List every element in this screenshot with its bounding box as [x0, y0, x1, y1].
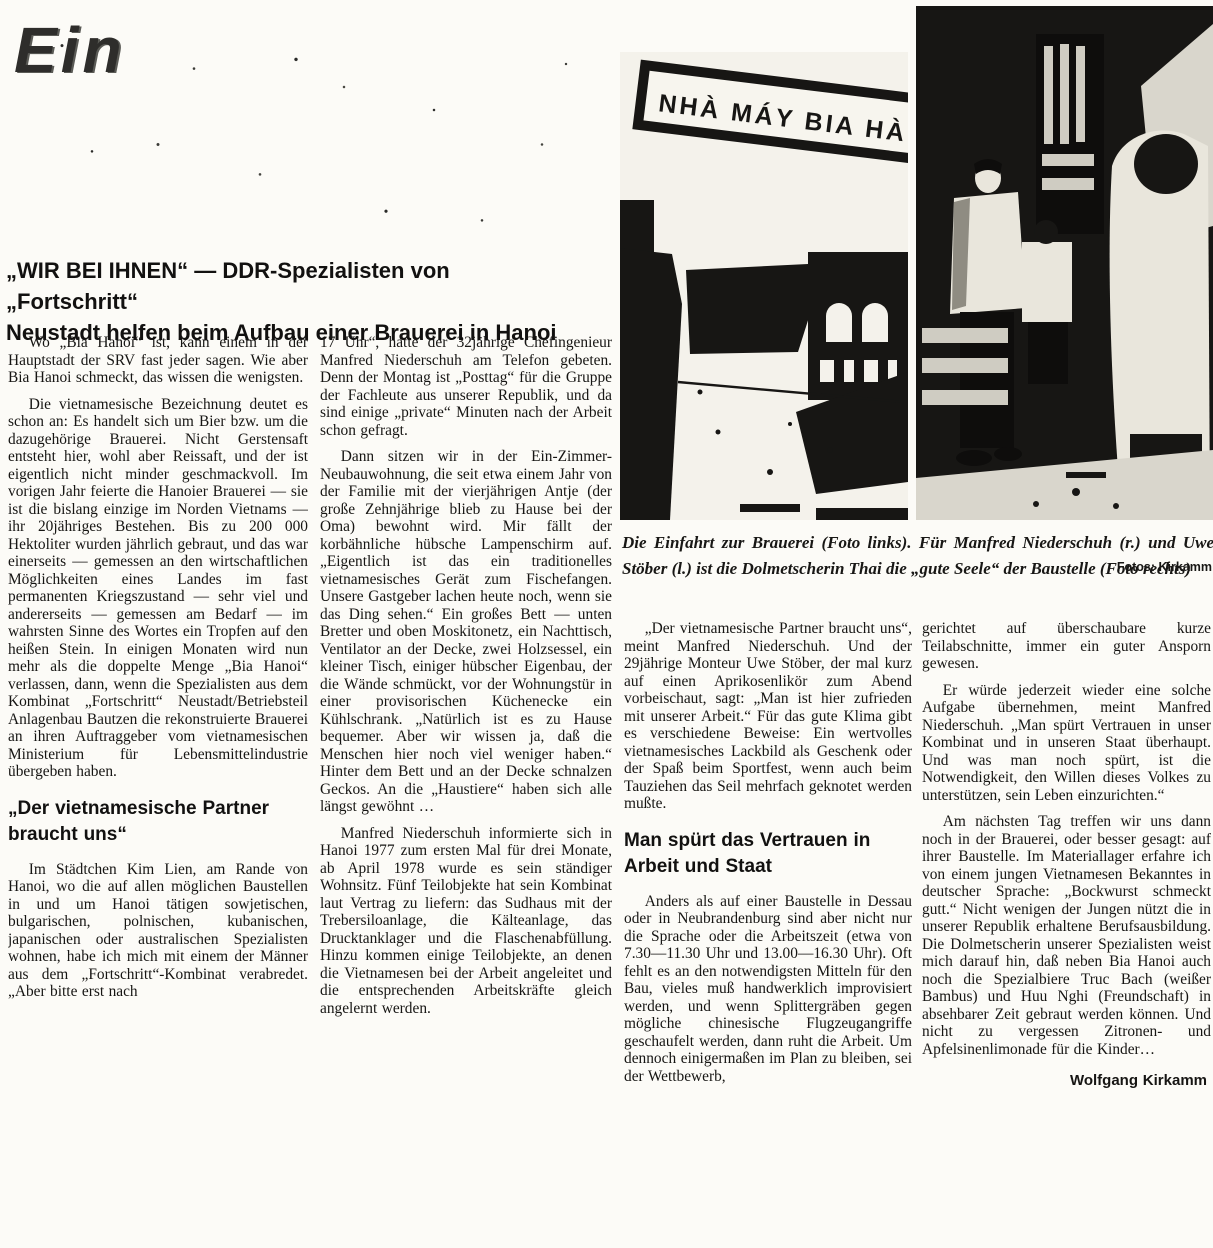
- article-column-1: Wo „Bia Hanoi“ ist, kann einem in der Ha…: [8, 334, 308, 1248]
- photo-credit: Fotos: Kirkamm: [1117, 555, 1212, 581]
- paragraph: Anders als auf einer Baustelle in Dessau…: [624, 893, 912, 1086]
- photo-specialists-group: [916, 6, 1213, 520]
- paragraph: Wo „Bia Hanoi“ ist, kann einem in der Ha…: [8, 334, 308, 387]
- paragraph: Im Städtchen Kim Lien, am Rande von Hano…: [8, 861, 308, 1001]
- headline-line-1: „WIR BEI IHNEN“ — DDR-Spezialisten von „…: [6, 255, 566, 317]
- photo-caption: Die Einfahrt zur Brauerei (Foto links). …: [622, 530, 1213, 581]
- article-column-2: 17 Uhr“, hatte der 32jährige Chefingenie…: [320, 334, 612, 1248]
- subheading-vertrauen: Man spürt das Vertrauen in Arbeit und St…: [624, 828, 912, 880]
- paragraph: „Der vietnamesische Partner braucht uns“…: [624, 620, 912, 813]
- article-column-4: gerichtet auf überschaubare kurze Teilab…: [922, 620, 1211, 1248]
- paragraph: 17 Uhr“, hatte der 32jährige Chefingenie…: [320, 334, 612, 439]
- paragraph: Die vietnamesische Bezeichnung deutet es…: [8, 396, 308, 781]
- newspaper-page: Ein „WIR BEI IHNEN“ — DDR-Spezialisten v…: [0, 0, 1213, 1248]
- paragraph: gerichtet auf überschaubare kurze Teilab…: [922, 620, 1211, 673]
- author-byline: Wolfgang Kirkamm: [922, 1072, 1211, 1090]
- photo-brewery-entrance: NHÀ MÁY BIA HÀ NỘI: [620, 52, 908, 520]
- specialists-illustration: [916, 6, 1213, 520]
- masthead-area: Ein: [14, 18, 614, 248]
- subheading-vietnamese-partner: „Der vietnamesische Partner braucht uns“: [8, 796, 308, 848]
- brewery-entrance-illustration: NHÀ MÁY BIA HÀ NỘI: [620, 52, 908, 520]
- article-column-3: „Der vietnamesische Partner braucht uns“…: [624, 620, 912, 1248]
- paragraph: Am nächsten Tag treffen wir uns dann noc…: [922, 813, 1211, 1058]
- print-noise: [14, 18, 614, 248]
- paragraph: Manfred Niederschuh informierte sich in …: [320, 825, 612, 1018]
- paragraph: Dann sitzen wir in der Ein-Zimmer-Neubau…: [320, 448, 612, 816]
- paragraph: Er würde jederzeit wieder eine solche Au…: [922, 682, 1211, 805]
